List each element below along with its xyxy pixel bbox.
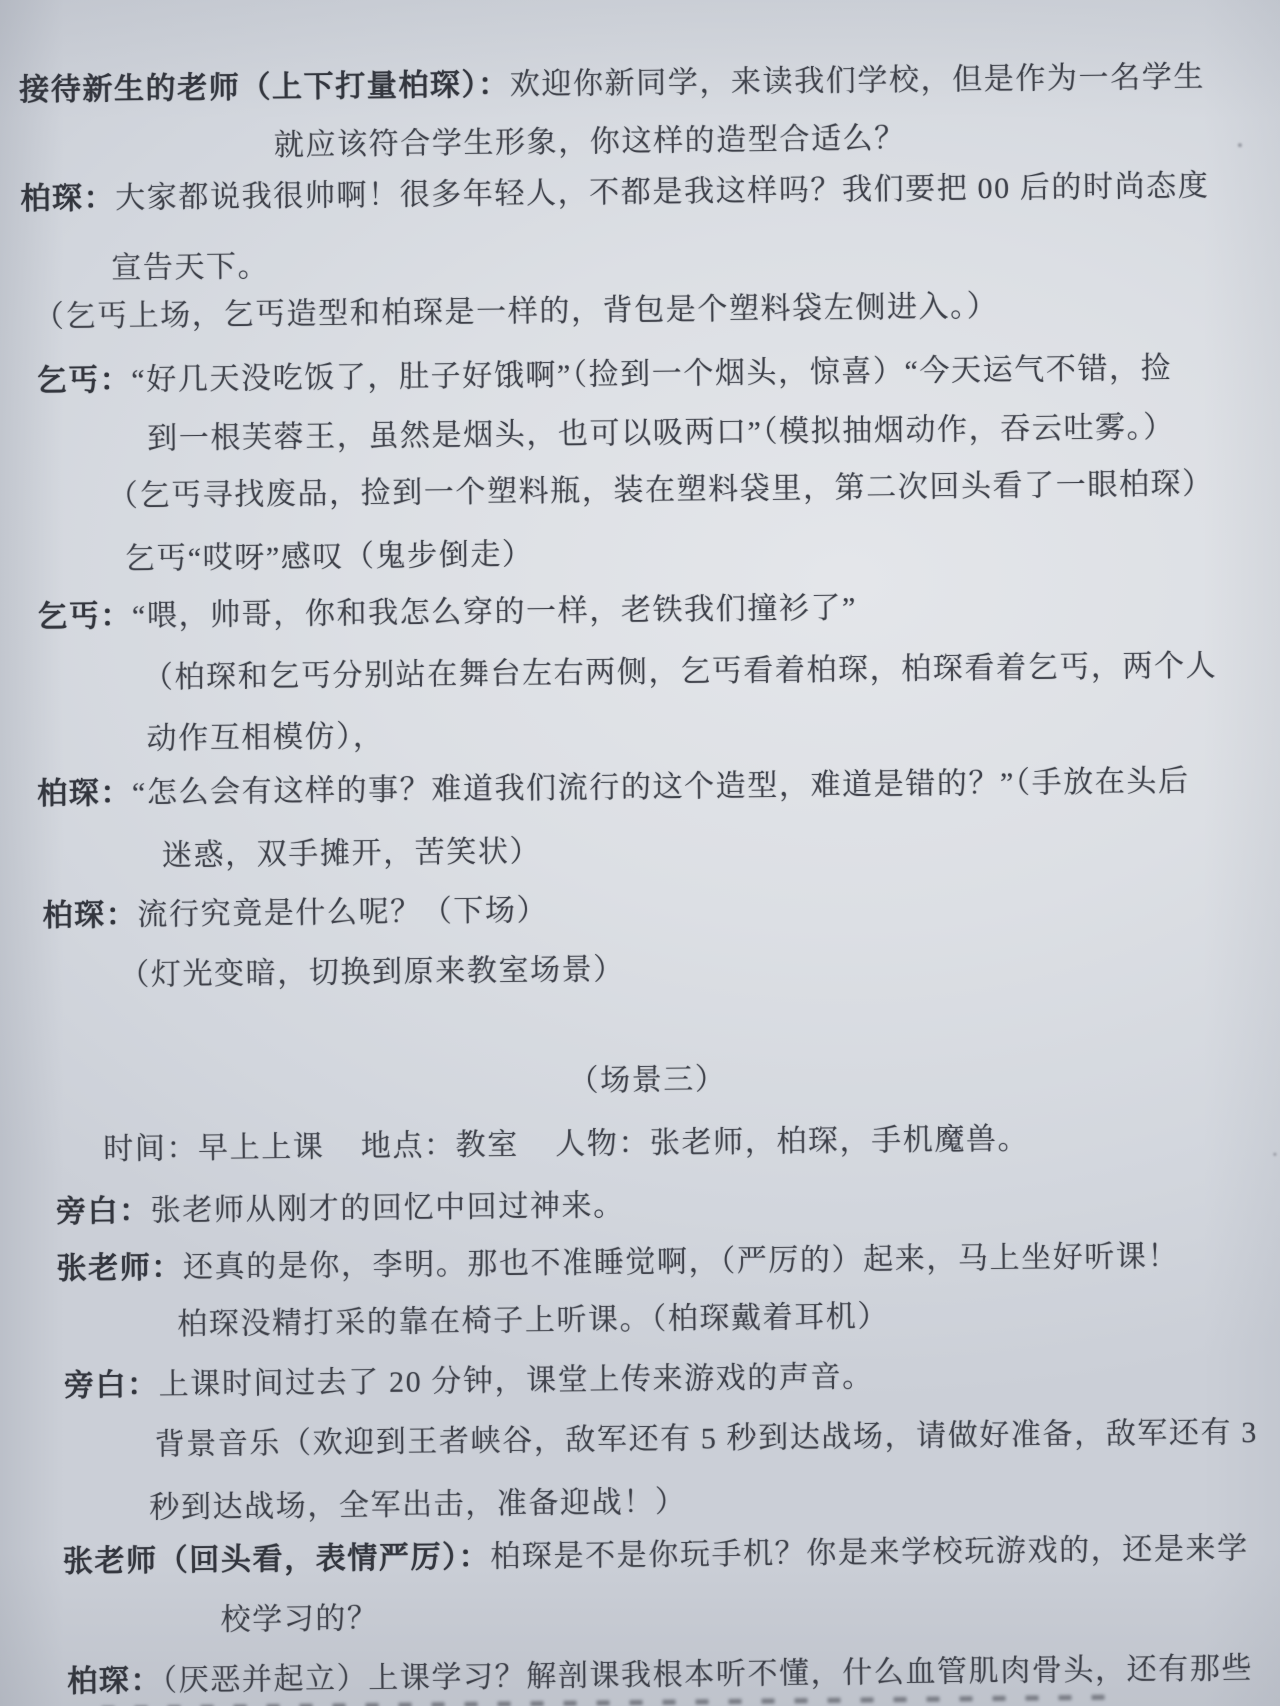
speaker-label: 乞丐： (37, 600, 132, 634)
dialogue-text: 欢迎你新同学，来读我们学校，但是作为一名学生 (510, 61, 1206, 102)
dialogue-line: 柏琛：“怎么会有这样的事？难道我们流行的这个造型，难道是错的？”（手放在头后 (37, 764, 1190, 813)
dialogue-line: 乞丐：“好几天没吃饭了，肚子好饿啊”（捡到一个烟头，惊喜）“今天运气不错，捡 (36, 351, 1172, 400)
stage-direction-text: 乞丐“哎呀”感叹（鬼步倒走） (124, 538, 533, 576)
script-photo-page: { "colors": { "paper": "#dcdfe4", "ink":… (0, 0, 1280, 1706)
speaker-label: 张老师： (56, 1251, 183, 1285)
stage-direction: （灯光变暗，切换到原来教室场景） (119, 952, 625, 994)
dialogue-continuation: 迷惑，双手摊开，苦笑状） (162, 834, 542, 874)
dialogue-line: 旁白：张老师从刚才的回忆中回过神来。 (56, 1188, 625, 1230)
stage-direction-text: 动作互相模仿）， (146, 720, 384, 756)
stage-direction: 柏琛没精打采的靠在椅子上听课。（柏琛戴着耳机） (177, 1299, 889, 1343)
dialogue-text: 上课时间过去了 20 分钟，课堂上传来游戏的声音。 (159, 1360, 874, 1401)
speaker-label: 旁白： (56, 1195, 151, 1229)
dialogue-line: 乞丐：“喂，帅哥，你和我怎么穿的一样，老铁我们撞衫了” (37, 591, 857, 636)
stage-direction-text: 背景音乐（欢迎到王者峡谷，敌军还有 5 秒到达战场，请做好准备，敌军还有 3 (154, 1416, 1258, 1462)
dialogue-text: 迷惑，双手摊开，苦笑状） (162, 835, 542, 872)
dialogue-continuation: 校学习的？ (220, 1601, 378, 1639)
dialogue-text: 就应该符合学生形象，你这样的造型合适么？ (274, 122, 906, 162)
dialogue-continuation: 就应该符合学生形象，你这样的造型合适么？ (274, 121, 906, 164)
dialogue-text: （厌恶并起立）上课学习？解剖课我根本听不懂，什么血管肌肉骨头，还有那些 (162, 1652, 1253, 1697)
dialogue-text: “喂，帅哥，你和我怎么穿的一样，老铁我们撞衫了” (132, 592, 857, 633)
stage-direction: 动作互相模仿）， (146, 719, 384, 758)
stage-direction-text: （灯光变暗，切换到原来教室场景） (119, 953, 625, 992)
dialogue-line: 接待新生的老师（上下打量柏琛）：欢迎你新同学，来读我们学校，但是作为一名学生 (19, 60, 1205, 109)
dialogue-text: “好几天没吃饭了，肚子好饿啊”（捡到一个烟头，惊喜）“今天运气不错，捡 (131, 352, 1172, 397)
paper-speck (914, 675, 917, 678)
dialogue-text: 宣告天下。 (111, 250, 269, 285)
scene-heading: （场景三） (568, 1062, 726, 1100)
dialogue-text: 柏琛是不是你玩手机？你是来学校玩游戏的，还是来学 (490, 1532, 1249, 1574)
scene-info: 时间：早上上课 地点：教室 人物：张老师，柏琛，手机魔兽。 (103, 1122, 1029, 1169)
dialogue-continuation: 宣告天下。 (111, 249, 269, 287)
dialogue-text: 秒到达战场，全军出击，准备迎战！） (149, 1486, 687, 1525)
speaker-label: 柏琛： (42, 899, 137, 933)
dialogue-continuation: 到一根芙蓉王，虽然是烟头，也可以吸两口”（模拟抽烟动作，吞云吐雾。） (147, 410, 1175, 458)
dialogue-line: 张老师：还真的是你，李明。那也不准睡觉啊，（严厉的）起来，马上坐好听课！ (56, 1239, 1179, 1288)
scene-info-text: 时间：早上上课 地点：教室 人物：张老师，柏琛，手机魔兽。 (103, 1123, 1029, 1167)
speaker-label: 柏琛： (37, 777, 132, 811)
speaker-label: 张老师（回头看，表情严厉）： (63, 1541, 491, 1579)
dialogue-text: 大家都说我很帅啊！很多年轻人，不都是我这样吗？我们要把 00 后的时尚态度 (115, 169, 1210, 214)
stage-direction: （乞丐寻找废品，捡到一个塑料瓶，装在塑料袋里，第二次回头看了一眼柏琛） (108, 466, 1214, 515)
stage-direction: 背景音乐（欢迎到王者峡谷，敌军还有 5 秒到达战场，请做好准备，敌军还有 3 (154, 1415, 1258, 1464)
dialogue-text: 还真的是你，李明。那也不准睡觉啊，（严厉的）起来，马上坐好听课！ (183, 1240, 1180, 1284)
dialogue-line: 柏琛：流行究竟是什么呢？（下场） (42, 893, 548, 935)
speaker-label: 接待新生的老师（上下打量柏琛）： (19, 68, 510, 107)
stage-direction-text: （乞丐寻找废品，捡到一个塑料瓶，装在塑料袋里，第二次回头看了一眼柏琛） (108, 467, 1214, 513)
speaker-label: 旁白： (64, 1368, 159, 1402)
stage-direction: （柏琛和乞丐分别站在舞台左右两侧，乞丐看着柏琛，柏琛看着乞丐，两个人 (143, 648, 1218, 696)
dialogue-line: 柏琛：大家都说我很帅啊！很多年轻人，不都是我这样吗？我们要把 00 后的时尚态度 (20, 168, 1209, 217)
dialogue-line: 张老师（回头看，表情严厉）：柏琛是不是你玩手机？你是来学校玩游戏的，还是来学 (63, 1531, 1249, 1580)
stage-direction-text: （乞丐上场，乞丐造型和柏琛是一样的，背包是个塑料袋左侧进入。） (34, 290, 999, 334)
stage-direction: 乞丐“哎呀”感叹（鬼步倒走） (124, 537, 533, 578)
scene-heading-text: （场景三） (568, 1063, 726, 1098)
script-sheet: 接待新生的老师（上下打量柏琛）：欢迎你新同学，来读我们学校，但是作为一名学生 就… (0, 0, 1280, 1706)
paper-speck (1273, 1153, 1276, 1156)
dialogue-text: 流行究竟是什么呢？（下场） (137, 894, 548, 932)
dialogue-text: 校学习的？ (220, 1602, 378, 1637)
dialogue-text: 到一根芙蓉王，虽然是烟头，也可以吸两口”（模拟抽烟动作，吞云吐雾。） (147, 411, 1175, 456)
speaker-label: 乞丐： (36, 364, 131, 398)
dialogue-continuation: 秒到达战场，全军出击，准备迎战！） (149, 1485, 687, 1527)
stage-direction-text: （柏琛和乞丐分别站在舞台左右两侧，乞丐看着柏琛，柏琛看着乞丐，两个人 (143, 649, 1218, 694)
speaker-label: 柏琛： (20, 182, 115, 216)
stage-direction: （乞丐上场，乞丐造型和柏琛是一样的，背包是个塑料袋左侧进入。） (34, 289, 999, 336)
dialogue-text: 张老师从刚才的回忆中回过神来。 (151, 1189, 625, 1227)
speaker-label: 柏琛： (67, 1664, 162, 1698)
paper-speck (1238, 143, 1242, 147)
stage-direction-text: 柏琛没精打采的靠在椅子上听课。（柏琛戴着耳机） (177, 1300, 889, 1341)
dialogue-text: “怎么会有这样的事？难道我们流行的这个造型，难道是错的？”（手放在头后 (132, 765, 1190, 810)
dialogue-line: 柏琛：（厌恶并起立）上课学习？解剖课我根本听不懂，什么血管肌肉骨头，还有那些 (67, 1651, 1253, 1700)
dialogue-line: 旁白：上课时间过去了 20 分钟，课堂上传来游戏的声音。 (64, 1359, 874, 1404)
